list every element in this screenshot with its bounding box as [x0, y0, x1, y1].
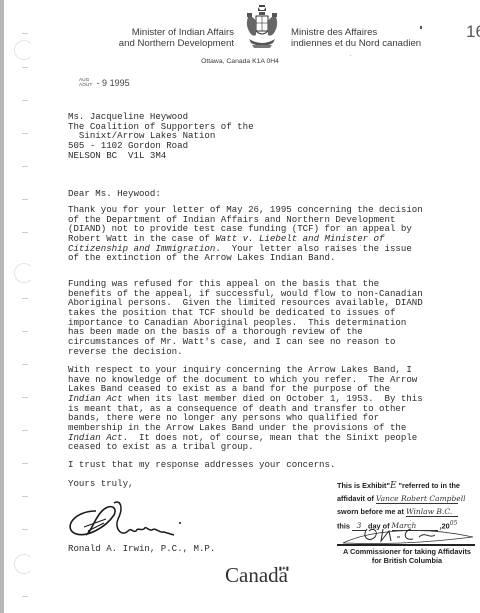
exhibit-line-2: affidavit of Vance Robert Campbell [337, 494, 458, 504]
exhibit-label: sworn before me at [337, 507, 406, 516]
margin-tick [22, 397, 28, 398]
salutation: Dear Ms. Heywood: [68, 189, 161, 199]
margin-tick [22, 596, 28, 597]
margin-tick [22, 463, 28, 464]
department-en-line-2: and Northern Development [119, 38, 234, 49]
handwritten-page-number: 16 [466, 22, 480, 42]
date-month-fr: AOUT [79, 83, 93, 88]
margin-tick [22, 67, 28, 68]
sign-off: Yours truly, [68, 479, 134, 489]
commissioner-line-2: for British Columbia [337, 557, 477, 566]
closing-sentence: I trust that my response addresses your … [68, 460, 335, 470]
scan-speck [420, 26, 422, 29]
recipient-address: Ms. Jacqueline HeywoodThe Coalition of S… [68, 112, 254, 160]
date-stamp-month: AUG AOUT [79, 78, 93, 87]
date-day-year: - 9 1995 [97, 78, 130, 88]
body-line: ceased to exist as a tribal group. [68, 442, 423, 452]
department-fr-line-2: indiennes et du Nord canadien [291, 38, 421, 49]
handwritten-signature-icon [66, 497, 186, 545]
department-name-french: Ministre des Affaires indiennes et du No… [291, 27, 421, 49]
exhibit-letter-handwritten: E [390, 481, 397, 491]
date-stamp: AUG AOUT - 9 1995 [79, 78, 130, 88]
exhibit-line-1: This is Exhibit"E "referred to in the [337, 481, 460, 491]
department-name-english: Minister of Indian Affairs and Northern … [119, 27, 234, 49]
signer-name: Ronald A. Irwin, P.C., M.P. [68, 544, 215, 554]
coat-of-arms-icon [243, 3, 281, 53]
exhibit-label: This is Exhibit" [337, 481, 390, 490]
exhibit-label: affidavit of [337, 494, 376, 503]
margin-tick [22, 232, 28, 233]
margin-tick [22, 133, 28, 134]
body-paragraph-3: With respect to your inquiry concerning … [68, 365, 423, 452]
affiant-name-handwritten: Vance Robert Campbell [376, 494, 458, 504]
body-paragraph-1: Thank you for your letter of May 26, 199… [68, 205, 423, 263]
punch-hole [14, 40, 34, 60]
scan-speck [410, 520, 411, 521]
margin-tick [22, 298, 28, 299]
department-en-line-1: Minister of Indian Affairs [119, 27, 234, 38]
margin-tick [22, 529, 28, 530]
punch-hole [14, 263, 34, 283]
commissioner-title: A Commissioner for taking Affidavits for… [337, 548, 477, 565]
exhibit-stamp: This is Exhibit"E "referred to in the af… [337, 481, 480, 586]
exhibit-line-3: sworn before me at Winlaw B.C. [337, 507, 458, 517]
margin-tick [22, 33, 28, 34]
department-fr-line-1: Ministre des Affaires [291, 27, 421, 38]
margin-tick [22, 430, 28, 431]
margin-tick [22, 166, 28, 167]
exhibit-label: "referred to in the [397, 481, 460, 490]
margin-tick [22, 364, 28, 365]
scan-speck [360, 245, 361, 246]
recipient-line: NELSON BC V1L 3M4 [68, 151, 254, 161]
place-handwritten: Winlaw B.C. [406, 507, 458, 517]
margin-tick [22, 331, 28, 332]
margin-tick [22, 496, 28, 497]
signature-rule [337, 544, 475, 546]
margin-tick [22, 100, 28, 101]
body-line: of the extinction of the Arrow Lakes Ind… [68, 253, 423, 263]
punch-hole [14, 554, 34, 574]
scan-speck [350, 55, 351, 56]
canada-flag-icon: ▮✦▮ [279, 566, 289, 572]
letterhead-address: Ottawa, Canada K1A 0H4 [0, 58, 480, 65]
margin-tick [22, 199, 28, 200]
body-paragraph-2: Funding was refused for this appeal on t… [68, 279, 423, 356]
scan-left-edge [0, 0, 4, 613]
body-line: reverse the decision. [68, 347, 423, 357]
